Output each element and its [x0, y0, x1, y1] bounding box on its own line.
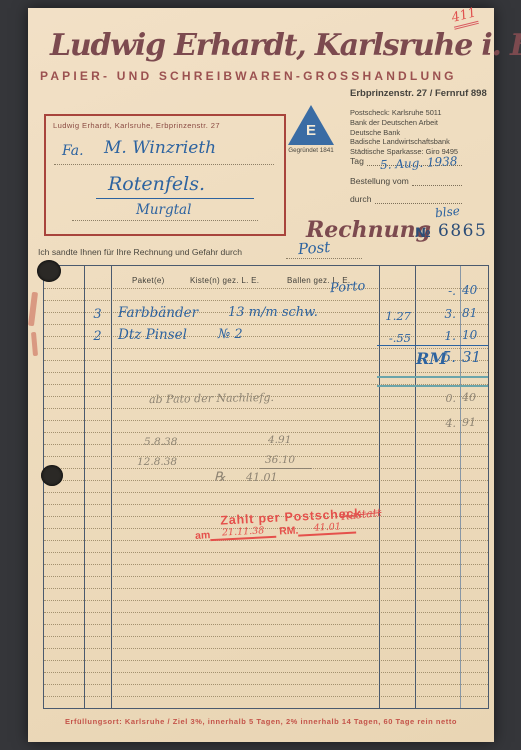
bank-line: Bank der Deutschen Arbeit	[350, 118, 458, 128]
contact-line: Erbprinzenstr. 27 / Fernruf 898	[350, 88, 487, 99]
pencil-pf: 40	[462, 391, 488, 404]
pencil-entry-amount: 4.91	[268, 434, 291, 446]
pencil-pf: 91	[462, 416, 488, 429]
invoice-number: 6865	[438, 221, 487, 241]
pencil-entry-date: 5.8.38	[144, 436, 177, 448]
city-underline	[96, 198, 254, 199]
pencil-entry-amount: 36.10	[265, 454, 295, 466]
recipient-city: Rotenfels.	[108, 173, 205, 195]
items-table: Paket(e) Kiste(n) gez. L. E. Ballen gez.…	[43, 265, 489, 709]
pencil-sum-rule	[260, 468, 312, 469]
stamp-amount-handwritten: 41.01	[298, 522, 357, 537]
bestellung-label: Bestellung vom	[350, 176, 412, 186]
item-desc: Dtz Pinsel	[118, 327, 187, 343]
footer-terms: Erfüllungsort: Karlsruhe / Ziel 3%, inne…	[34, 717, 488, 726]
teal-separator-band	[377, 376, 488, 387]
bestellung-row: Bestellung vom	[350, 175, 462, 186]
invoice-no-label: №	[415, 226, 431, 241]
item-rm: 3.	[415, 307, 456, 321]
item-pf: 81	[462, 306, 488, 320]
shipping-sentence: Ich sandte Ihnen für Ihre Rechnung und G…	[38, 247, 242, 257]
company-subtitle: PAPIER- UND SCHREIBWAREN-GROSSHANDLUNG	[40, 69, 457, 83]
punch-hole	[37, 260, 61, 282]
pencil-rm: 0.	[415, 392, 456, 405]
handwritten-note-above-number: blse	[434, 204, 460, 221]
table-vline	[111, 266, 112, 708]
red-smudge	[31, 332, 38, 356]
recipient-address-box: Ludwig Erhardt, Karlsruhe, Erbprinzenstr…	[44, 114, 286, 236]
bank-line: Postscheck: Karlsruhe 5011	[350, 108, 458, 118]
item-unit-price: -.55	[379, 331, 411, 345]
col-header-kisten: Kiste(n) gez. L. E.	[190, 276, 259, 285]
item-qty: 2	[84, 329, 111, 344]
pencil-entry-date: 12.8.38	[137, 456, 177, 468]
corner-pencil-note: 411	[450, 5, 479, 29]
address-dotted-line	[72, 208, 258, 221]
address-dotted-line	[54, 152, 274, 165]
pencil-sum-label: ℞	[214, 470, 226, 485]
stamp-am-label: am	[195, 529, 211, 542]
item-desc: Farbbänder	[118, 305, 198, 321]
shipping-dotted-line	[286, 248, 362, 259]
tag-handwritten-date: 5. Aug. 1938	[380, 154, 458, 172]
durch-row: durch	[350, 193, 462, 204]
table-vline-pfennig	[460, 266, 461, 708]
item-pf: 10	[462, 328, 488, 342]
item-desc2: 13 m/m schw.	[228, 305, 318, 320]
item-qty: 3	[84, 307, 111, 322]
sender-return-line: Ludwig Erhardt, Karlsruhe, Erbprinzenstr…	[53, 121, 220, 130]
col-header-pakete: Paket(e)	[132, 276, 165, 285]
logo-letter: E	[288, 122, 334, 139]
durch-label: durch	[350, 194, 375, 204]
bank-line: Deutsche Bank	[350, 128, 458, 138]
company-name: Ludwig Erhardt, Karlsruhe i. B.	[50, 28, 492, 63]
item-desc2: № 2	[218, 327, 243, 342]
item-desc: Porto	[330, 279, 366, 296]
tag-label: Tag	[350, 156, 367, 166]
stamp-rm-label: RM.	[279, 525, 299, 538]
item-rm: 1.	[415, 329, 456, 343]
pencil-rm: 4.	[415, 417, 456, 430]
stamp-date-handwritten: 21.11.38	[210, 526, 277, 541]
item-pf: 40	[462, 283, 488, 297]
bestellung-dotted-line	[412, 175, 462, 186]
bank-line: Badische Landwirtschaftsbank	[350, 137, 458, 147]
scan-background: 411 Ludwig Erhardt, Karlsruhe i. B. PAPI…	[0, 0, 521, 750]
red-smudge	[28, 292, 38, 326]
punch-hole	[41, 465, 63, 486]
total-rm: 5.	[415, 348, 456, 366]
total-pf: 31	[462, 348, 488, 366]
item-unit-price: 1.27	[379, 309, 411, 323]
total-rule	[377, 345, 488, 346]
pencil-nachlieferung-label: ab Pato der Nachliefg.	[149, 391, 274, 406]
invoice-paper: 411 Ludwig Erhardt, Karlsruhe i. B. PAPI…	[28, 8, 494, 742]
durch-dotted-line	[375, 193, 463, 204]
pencil-sum-value: 41.01	[246, 471, 278, 484]
item-rm: -.	[415, 284, 456, 298]
